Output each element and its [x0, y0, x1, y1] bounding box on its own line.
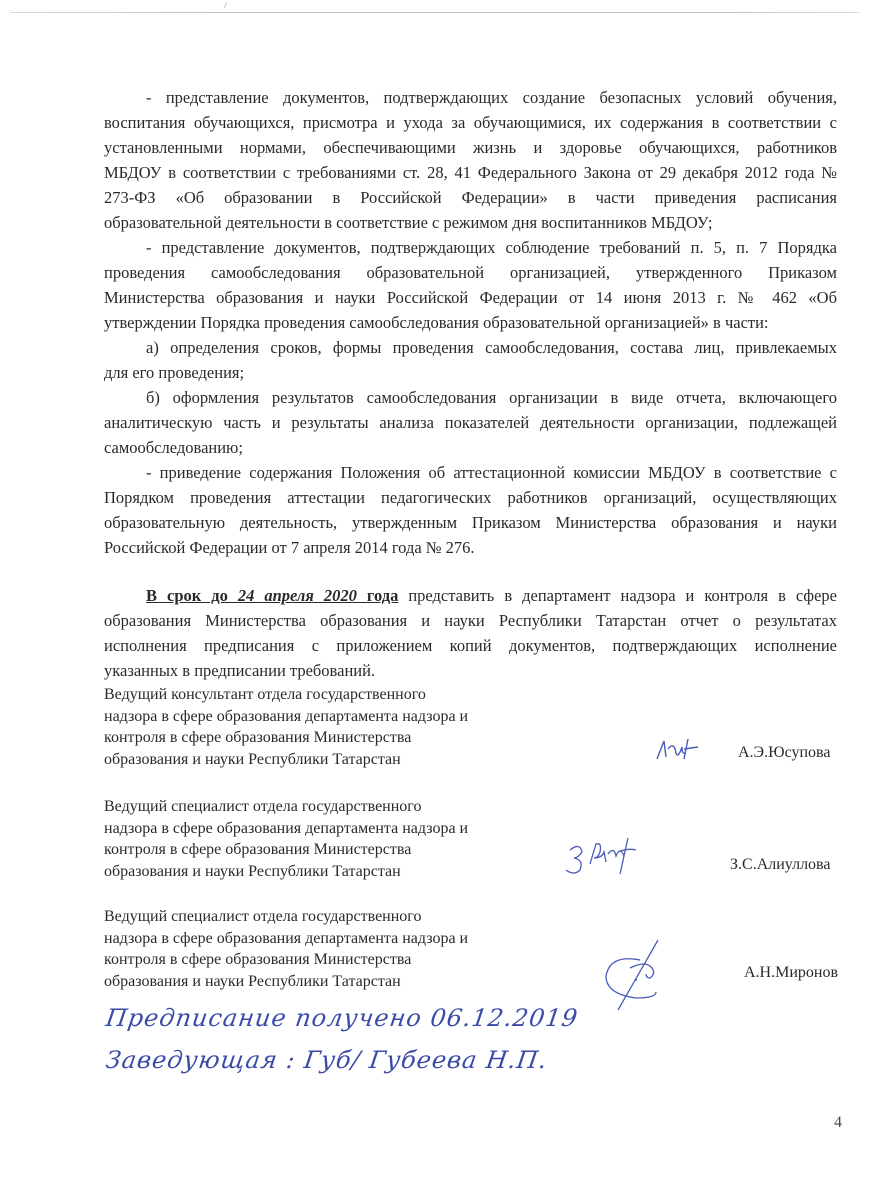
- text-line: проведения самообследования образователь…: [104, 263, 837, 283]
- title-line: контроля в сфере образования Министерств…: [104, 949, 468, 971]
- text-line: образования Министерства образования и н…: [104, 611, 837, 631]
- text-line: Порядком проведения аттестации педагогич…: [104, 488, 837, 508]
- text-line: утверждении Порядка проведения самообсле…: [104, 313, 837, 333]
- text-line: В срок до 24 апреля 2020 года представит…: [146, 586, 837, 606]
- signature-mark: [600, 936, 670, 1016]
- deadline-date: 24 апреля 2020: [238, 586, 357, 605]
- text-line: установленными нормами, обеспечивающими …: [104, 138, 837, 158]
- title-line: образования и науки Республики Татарстан: [104, 749, 468, 771]
- text-line: б) оформления результатов самообследован…: [146, 388, 837, 408]
- text-line: - представление документов, подтверждающ…: [146, 238, 837, 258]
- title-line: надзора в сфере образования департамента…: [104, 818, 468, 840]
- handwritten-receipt-note: Предписание получено 06.12.2019: [104, 1004, 580, 1032]
- signature-mark: [562, 836, 652, 876]
- handwritten-head-signature: Заведующая : Губ/ Губеева Н.П.: [104, 1046, 549, 1074]
- scan-mark: [224, 2, 227, 8]
- title-line: образования и науки Республики Татарстан: [104, 971, 468, 993]
- scan-top-edge-line: [10, 12, 860, 13]
- deadline-prefix: В срок до: [146, 586, 238, 605]
- text-line: Российской Федерации от 7 апреля 2014 го…: [104, 538, 837, 558]
- page-number: 4: [834, 1114, 842, 1132]
- signature-mark: [654, 735, 704, 765]
- text-line: аналитическую часть и результаты анализа…: [104, 413, 837, 433]
- text-line: образовательную деятельность, утвержденн…: [104, 513, 837, 533]
- signatory-name: А.Э.Юсупова: [738, 744, 830, 762]
- text-line: а) определения сроков, формы проведения …: [146, 338, 837, 358]
- title-line: образования и науки Республики Татарстан: [104, 861, 468, 883]
- text-line: образовательной деятельности в соответст…: [104, 213, 837, 233]
- title-line: надзора в сфере образования департамента…: [104, 706, 468, 728]
- text-line: для его проведения;: [104, 363, 837, 383]
- deadline-rest: представить в департамент надзора и конт…: [398, 586, 837, 605]
- deadline-suffix: года: [357, 586, 398, 605]
- title-line: контроля в сфере образования Министерств…: [104, 839, 468, 861]
- text-line: воспитания обучающихся, присмотра и уход…: [104, 113, 837, 133]
- text-line: - представление документов, подтверждающ…: [146, 88, 837, 108]
- text-line: 273-ФЗ «Об образовании в Российской Феде…: [104, 188, 837, 208]
- deadline-emphasis: В срок до 24 апреля 2020 года: [146, 586, 398, 605]
- text-line: - приведение содержания Положения об атт…: [146, 463, 837, 483]
- text-line: указанных в предписании требований.: [104, 661, 837, 681]
- signatory-title: Ведущий консультант отдела государственн…: [104, 684, 468, 770]
- title-line: Ведущий специалист отдела государственно…: [104, 796, 468, 818]
- title-line: контроля в сфере образования Министерств…: [104, 727, 468, 749]
- signatory-name: А.Н.Миронов: [744, 964, 838, 982]
- title-line: Ведущий специалист отдела государственно…: [104, 906, 468, 928]
- text-line: исполнения предписания с приложением коп…: [104, 636, 837, 656]
- text-line: самообследованию;: [104, 438, 837, 458]
- text-line: Министерства образования и науки Российс…: [104, 288, 837, 308]
- title-line: надзора в сфере образования департамента…: [104, 928, 468, 950]
- signatory-name: З.С.Алиуллова: [730, 856, 831, 874]
- signatory-title: Ведущий специалист отдела государственно…: [104, 906, 468, 992]
- text-line: МБДОУ в соответствии с требованиями ст. …: [104, 163, 837, 183]
- signatory-title: Ведущий специалист отдела государственно…: [104, 796, 468, 882]
- title-line: Ведущий консультант отдела государственн…: [104, 684, 468, 706]
